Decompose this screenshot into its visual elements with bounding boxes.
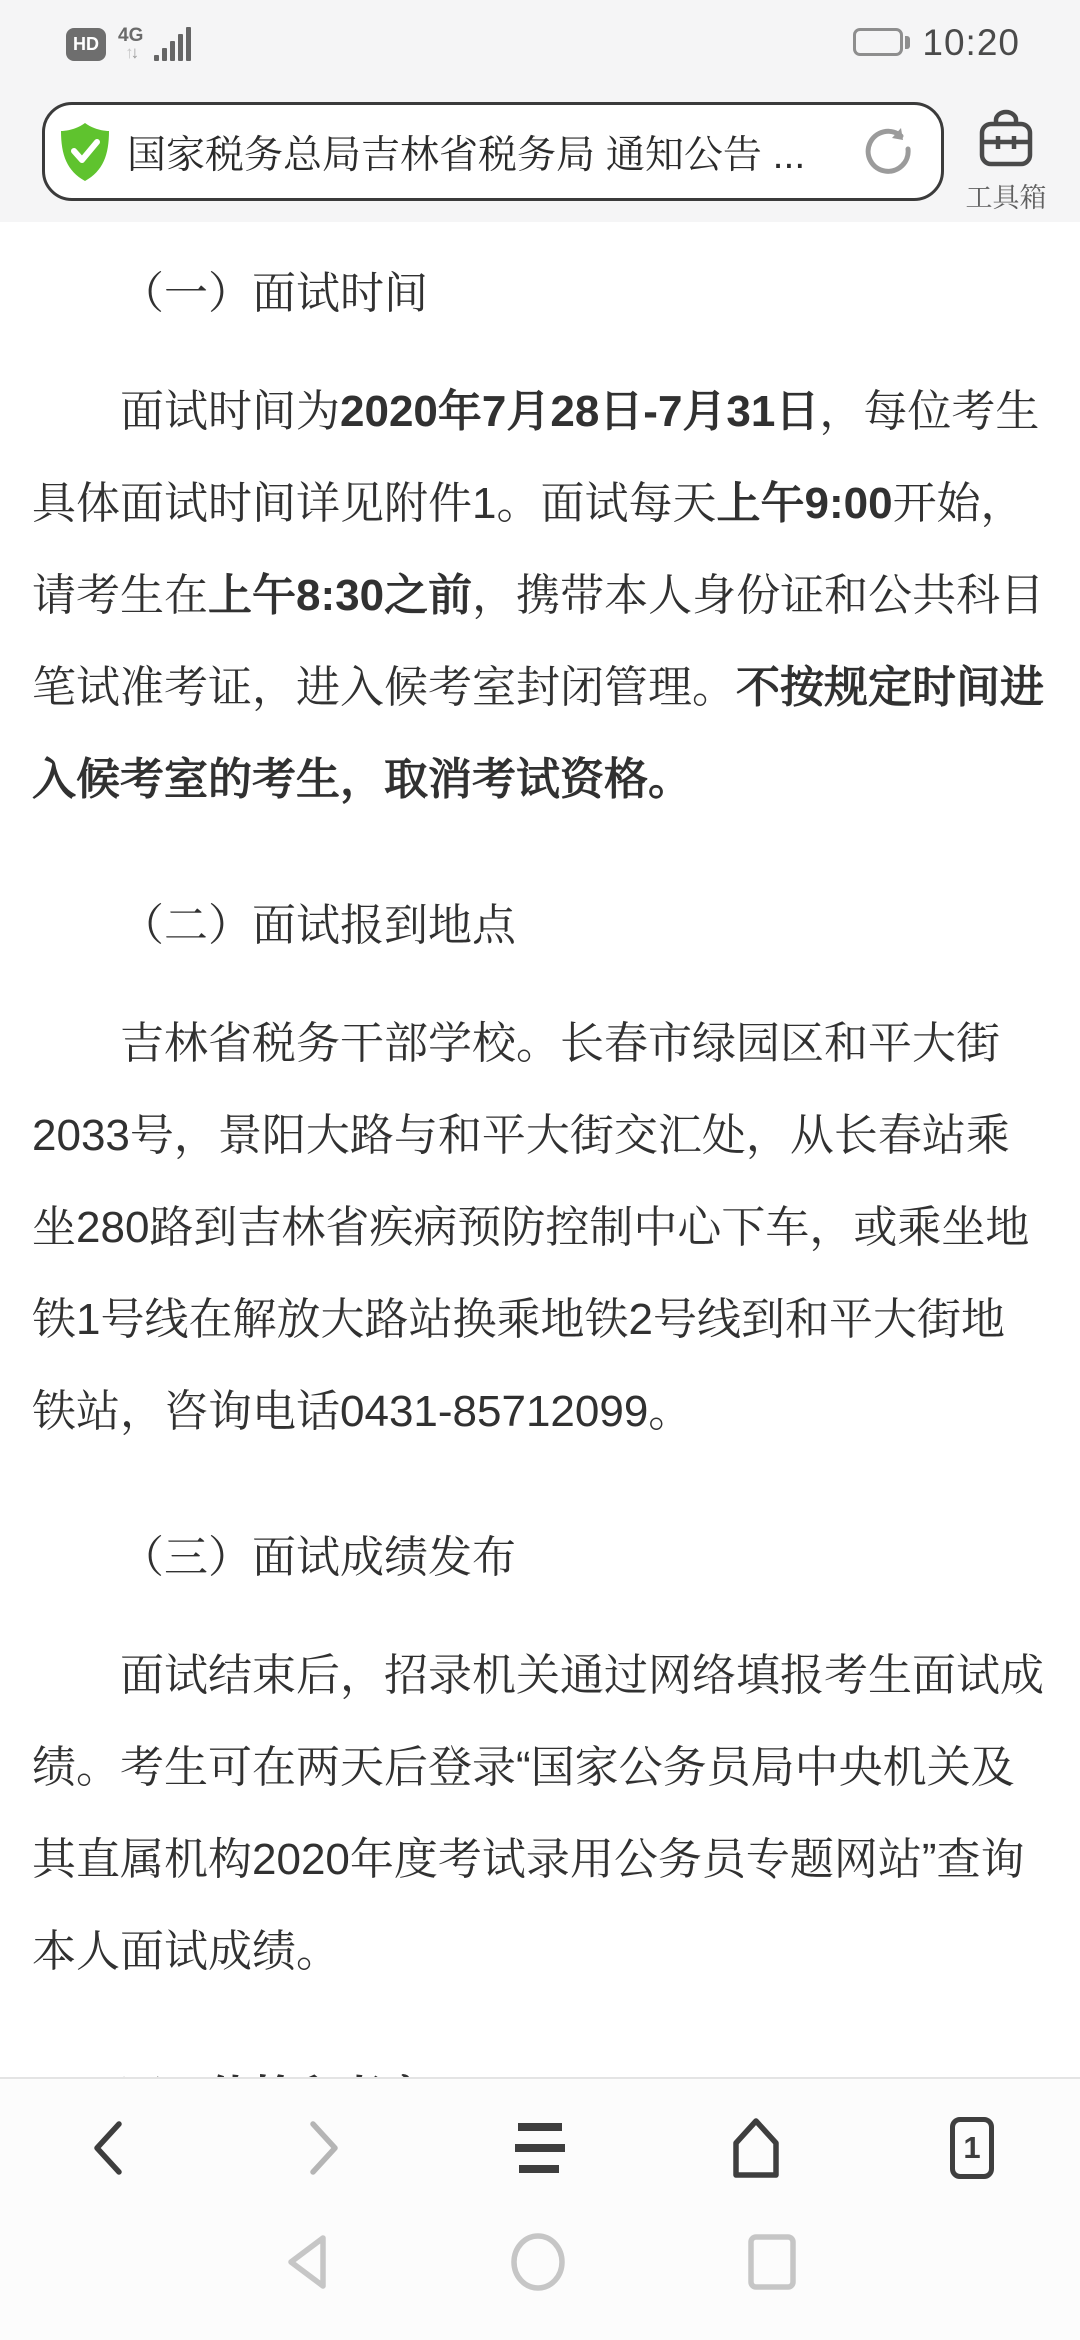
text-run: （二）面试报到地点 <box>120 901 516 950</box>
android-back-button[interactable] <box>283 2233 329 2291</box>
menu-button[interactable] <box>432 2079 648 2217</box>
address-row: 国家税务总局吉林省税务局 通知公告 ... <box>0 72 1080 215</box>
android-home-button[interactable] <box>507 2233 569 2291</box>
text-run: （一）面试时间 <box>120 269 428 318</box>
tab-counter: 1 <box>950 2117 994 2179</box>
bottom-bars: 1 <box>0 2077 1080 2340</box>
text-run: 吉林省税务干部学校。长春市绿园区和平大街2033号，景阳大路与和平大街交汇处，从… <box>32 1019 1029 1436</box>
tabs-button[interactable]: 1 <box>864 2079 1080 2217</box>
toolbox-label: 工具箱 <box>966 176 1047 215</box>
status-bar: HD 4G ↑↓ 10:20 <box>0 0 1080 72</box>
section-heading: 四、体检和考察 <box>32 2052 1048 2077</box>
battery-icon <box>853 28 910 56</box>
status-time: 10:20 <box>922 22 1020 64</box>
bold-text-run: 上午8:30之前 <box>208 571 472 620</box>
android-navbar <box>0 2217 1080 2340</box>
article-paragraph: 面试结束后，招录机关通过网络填报考生面试成绩。考生可在两天后登录“国家公务员局中… <box>32 1630 1048 1998</box>
article-paragraph: 吉林省税务干部学校。长春市绿园区和平大街2033号，景阳大路与和平大街交汇处，从… <box>32 998 1048 1458</box>
article-content: （一）面试时间面试时间为2020年7月28日-7月31日，每位考生具体面试时间详… <box>0 222 1080 2077</box>
page-title[interactable]: 国家税务总局吉林省税务局 通知公告 ... <box>127 124 863 180</box>
home-button[interactable] <box>648 2079 864 2217</box>
data-updown-arrows-icon: ↑↓ <box>125 44 136 61</box>
forward-button[interactable] <box>216 2079 432 2217</box>
browser-chrome: HD 4G ↑↓ 10:20 <box>0 0 1080 222</box>
network-indicator: 4G ↑↓ <box>118 26 143 61</box>
back-button[interactable] <box>0 2079 216 2217</box>
section-heading: （二）面试报到地点 <box>32 880 1048 972</box>
toolbox-briefcase-icon <box>978 108 1034 168</box>
text-run: 面试结束后，招录机关通过网络填报考生面试成绩。考生可在两天后登录“国家公务员局中… <box>32 1651 1044 1976</box>
hd-volte-icon: HD <box>66 28 106 61</box>
toolbox-button[interactable]: 工具箱 <box>954 108 1058 215</box>
browser-toolbar: 1 <box>0 2077 1080 2217</box>
text-run: （三）面试成绩发布 <box>120 1533 516 1582</box>
text-run: 面试时间为 <box>120 387 340 436</box>
refresh-icon[interactable] <box>863 126 915 178</box>
section-heading: （一）面试时间 <box>32 248 1048 340</box>
android-recents-button[interactable] <box>747 2233 797 2291</box>
status-left: HD 4G ↑↓ <box>66 26 191 61</box>
address-bar[interactable]: 国家税务总局吉林省税务局 通知公告 ... <box>42 102 944 201</box>
bold-text-run: 上午9:00 <box>716 479 892 528</box>
section-heading: （三）面试成绩发布 <box>32 1512 1048 1604</box>
security-shield-icon <box>59 121 111 183</box>
article-paragraph: 面试时间为2020年7月28日-7月31日，每位考生具体面试时间详见附件1。面试… <box>32 366 1048 826</box>
status-right: 10:20 <box>853 26 1020 64</box>
bold-text-run: 2020年7月28日-7月31日 <box>340 387 819 436</box>
browser-screen: HD 4G ↑↓ 10:20 <box>0 0 1080 2340</box>
signal-strength-icon <box>151 26 191 61</box>
